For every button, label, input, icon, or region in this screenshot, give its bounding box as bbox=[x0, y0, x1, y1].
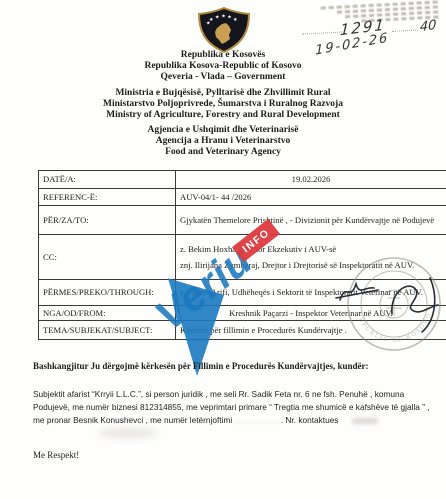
header-line: Ministry of Agriculture, Forestry and Ru… bbox=[0, 110, 446, 121]
faded-contact-number bbox=[352, 418, 378, 424]
field-label-date: DATË/A: bbox=[39, 171, 176, 189]
redacted-id-number: .............. bbox=[235, 415, 281, 425]
body-paragraph: Subjektit afarist “Krryii L.L.C.”, si pe… bbox=[33, 388, 433, 427]
svg-text:★: ★ bbox=[227, 15, 232, 21]
signature-stroke-2 bbox=[392, 278, 438, 332]
field-value-date: 19.02.2026 bbox=[176, 171, 446, 189]
field-label-reference: REFERENC-Ë: bbox=[39, 189, 176, 206]
document-page: ★ ★ ★ ★ ★ ★ Republika e Kosovës Republik… bbox=[0, 0, 446, 499]
header-line: Ministria e Bujqësisë, Pylltarisë dhe Zh… bbox=[0, 88, 446, 99]
field-label-through: PËRMES/PREKO/THROUGH: bbox=[39, 280, 176, 306]
svg-text:★: ★ bbox=[233, 17, 238, 23]
signature-stroke-1 bbox=[336, 284, 378, 300]
signatures bbox=[326, 272, 446, 342]
stamp-dotted-line bbox=[392, 30, 418, 32]
header-line: Food and Veterinary Agency bbox=[0, 147, 446, 158]
header-agency: Agjencia e Ushqimit dhe Veterinarisë Age… bbox=[0, 125, 446, 158]
closing-salutation: Me Respekt! bbox=[33, 450, 79, 460]
paragraph-text: . Nr. kontaktues bbox=[281, 415, 339, 425]
stamp-dotted-line bbox=[302, 32, 342, 35]
field-value-to: Gjykatën Themelore Prishtinë , - Divizio… bbox=[176, 206, 446, 235]
header-line: Republika Kosova-Republic of Kosovo bbox=[0, 61, 446, 72]
cc-recipient-1: z. Bekim Hoxha, Drejtor Ekzekutiv i AUV-… bbox=[180, 244, 442, 255]
body-intro-line: Bashkangjitur Ju dërgojmë kërkesën për F… bbox=[33, 361, 433, 371]
header-line: Ministarstvo Poljoprivrede, Šumarstva i … bbox=[0, 99, 446, 110]
header-line: Agjencia e Ushqimit dhe Veterinarisë bbox=[0, 125, 446, 136]
svg-text:★: ★ bbox=[215, 15, 220, 21]
field-label-from: NGA/OD/FROM: bbox=[39, 306, 176, 321]
scan-artifact bbox=[98, 428, 158, 438]
field-label-cc: CC: bbox=[39, 235, 176, 280]
svg-text:★: ★ bbox=[206, 21, 211, 27]
header-line: Qeveria - Vlada – Government bbox=[0, 72, 446, 83]
kosovo-coat-of-arms-icon: ★ ★ ★ ★ ★ ★ bbox=[196, 6, 252, 54]
header-line: Agencija a Hranu i Veterinarstvo bbox=[0, 136, 446, 147]
svg-text:★: ★ bbox=[221, 14, 226, 20]
code-handwritten: 40 bbox=[420, 18, 437, 36]
field-label-to: PËR/ZA/TO: bbox=[39, 206, 176, 235]
field-label-subject: TEMA/SUBJEKAT/SUBJECT: bbox=[39, 321, 176, 340]
intake-stamp: 1291 19-02-26 40 bbox=[295, 0, 446, 64]
table-row: DATË/A: 19.02.2026 bbox=[39, 171, 446, 189]
field-value-reference: AUV-04/1- 44 /2026 bbox=[176, 189, 446, 206]
table-row: PËR/ZA/TO: Gjykatën Themelore Prishtinë … bbox=[39, 206, 446, 235]
table-row: REFERENC-Ë: AUV-04/1- 44 /2026 bbox=[39, 189, 446, 206]
header-ministry: Ministria e Bujqësisë, Pylltarisë dhe Zh… bbox=[0, 88, 446, 121]
